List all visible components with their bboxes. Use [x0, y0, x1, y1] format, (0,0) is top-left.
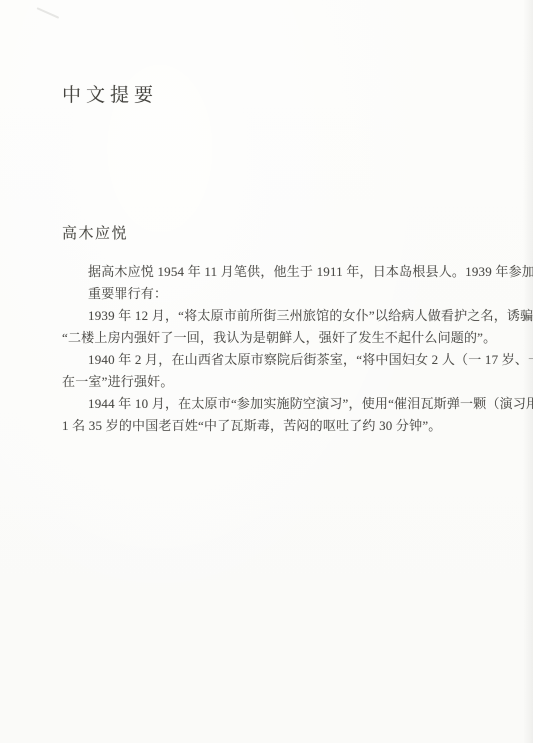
- body-text-line: 据高木应悦 1954 年 11 月笔供，他生于 1911 年，日本岛根县人。19…: [62, 261, 502, 283]
- body-text-line: 在一室”进行强奸。: [62, 371, 502, 393]
- page-title: 中文提要: [62, 84, 158, 108]
- body-text-line: 重要罪行有：: [62, 283, 502, 305]
- body-text-line: 1 名 35 岁的中国老百姓“中了瓦斯毒，苦闷的呕吐了约 30 分钟”。: [62, 415, 502, 437]
- scanned-page: 中文提要 高木应悦 据高木应悦 1954 年 11 月笔供，他生于 1911 年…: [0, 0, 533, 743]
- body-text-line: 1940 年 2 月，在山西省太原市察院后街茶室，“将中国妇女 2 人（一 17…: [62, 349, 502, 371]
- subject-name: 高木应悦: [62, 224, 128, 244]
- body-text-line: “二楼上房内强奸了一回，我认为是朝鲜人，强奸了发生不起什么问题的”。: [62, 327, 502, 349]
- body-text-line: 1939 年 12 月，“将太原市前所街三州旅馆的女仆”以给病人做看护之名，诱骗…: [62, 305, 502, 327]
- page-edge-shadow: [523, 0, 533, 743]
- body-text-line: 1944 年 10 月，在太原市“参加实施防空演习”，使用“催泪瓦斯弹一颗（演习…: [62, 393, 502, 415]
- abstract-body: 据高木应悦 1954 年 11 月笔供，他生于 1911 年，日本岛根县人。19…: [62, 261, 502, 437]
- stray-scan-mark: [37, 7, 60, 18]
